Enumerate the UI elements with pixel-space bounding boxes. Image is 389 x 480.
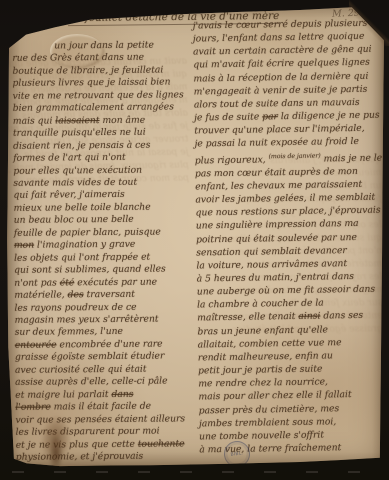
film-edge-marks — [12, 471, 379, 473]
scanned-manuscript-page: avait un certain caractère de gêne quiqu… — [0, 0, 389, 480]
manuscript-line: bien grammaticalement arrangées — [13, 101, 195, 115]
manuscript-column-left: un jour dans la petiterue des Grès étant… — [12, 39, 198, 464]
paper-sheet: avait un certain caractère de gêne quiqu… — [6, 4, 384, 468]
ink-smudge-stain — [48, 434, 64, 474]
manuscript-column-right: j'avais le cœur serré depuis plusieursjo… — [193, 17, 386, 457]
